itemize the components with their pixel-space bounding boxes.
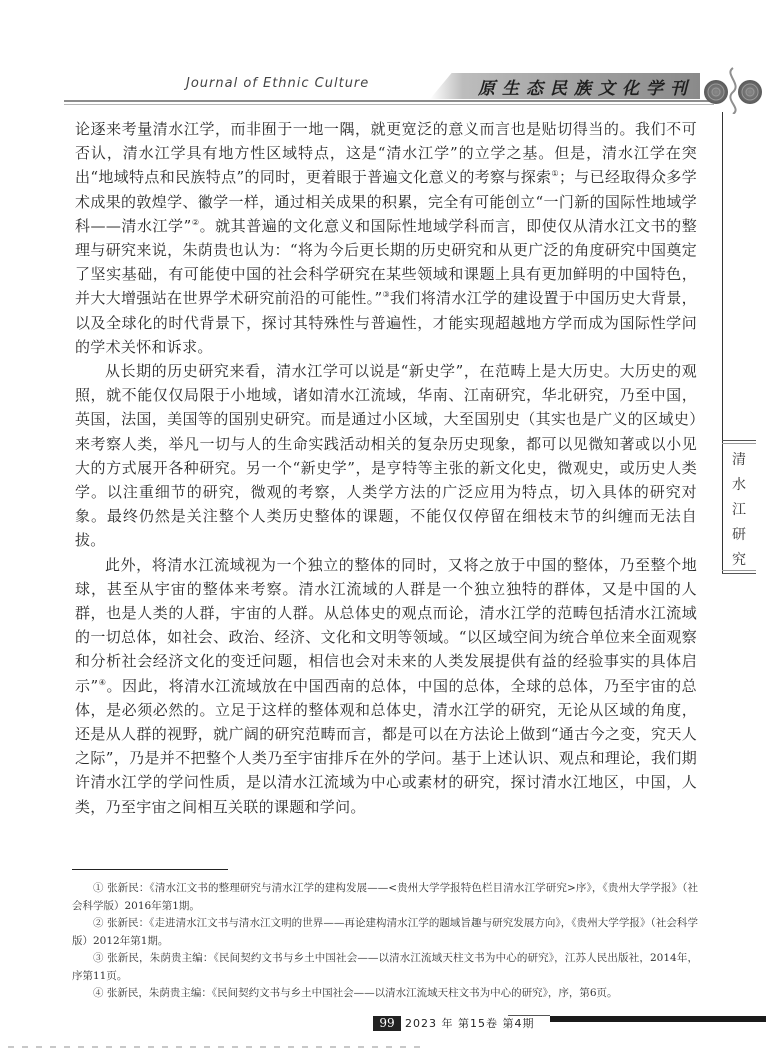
copyright-strip: [8, 1046, 428, 1048]
footnote-4: ④ 张新民，朱荫贵主编：《民间契约文书与乡土中国社会——以清水江流域天柱文书为中…: [72, 985, 698, 1003]
footnote-ref-1[interactable]: ①: [551, 169, 559, 178]
paragraph-1: 论逐来考量清水江学，而非囿于一地一隅，就更宽泛的意义而言也是贴切得当的。我们不可…: [75, 117, 697, 359]
footer-bar: [550, 1016, 766, 1022]
section-label-char: 清: [722, 448, 756, 473]
article-body: 论逐来考量清水江学，而非囿于一地一隅，就更宽泛的意义而言也是贴切得当的。我们不可…: [75, 117, 697, 819]
section-label: 清水江研究: [722, 448, 756, 573]
paragraph-2: 从长期的历史研究来看，清水江学可以说是“新史学”，在范畴上是大历史。大历史的观照…: [75, 359, 697, 553]
footnotes: ① 张新民：《清水江文书的整理研究与清水江学的建构发展——<贵州大学学报特色栏目…: [72, 880, 698, 1003]
journal-title-english: Journal of Ethnic Culture: [186, 76, 369, 91]
footnote-ref-2[interactable]: ②: [192, 218, 200, 227]
section-label-char: 水: [722, 473, 756, 498]
paragraph-3: 此外，将清水江流域视为一个独立的整体的同时，又将之放于中国的整体，乃至整个地球，…: [75, 553, 697, 819]
section-box-rule: [722, 443, 756, 444]
page-number: 99: [373, 1016, 401, 1031]
double-spiral-knot-icon: [700, 66, 766, 114]
footnote-2: ② 张新民：《走进清水江文书与清水江文明的世界——再论建构清水江学的题域旨趣与研…: [72, 915, 698, 950]
section-box-rule: [722, 573, 756, 574]
section-label-char: 江: [722, 498, 756, 523]
header-rule-thin: [64, 104, 714, 105]
footnote-separator: [72, 869, 228, 870]
footnote-3: ③ 张新民，朱荫贵主编：《民间契约文书与乡土中国社会——以清水江流域天柱文书为中…: [72, 950, 698, 985]
section-label-char: 研: [722, 523, 756, 548]
footnote-1: ① 张新民：《清水江文书的整理研究与清水江学的建构发展——<贵州大学学报特色栏目…: [72, 880, 698, 915]
paragraph-text: 。因此，将清水江流域放在中国西南的总体，中国的总体，全球的总体，乃至宇宙的总体，…: [75, 677, 697, 816]
footnote-ref-3[interactable]: ③: [382, 290, 390, 299]
section-box-rule: [722, 570, 756, 571]
header-rule: [64, 100, 714, 102]
section-label-box: 清水江研究: [722, 440, 756, 574]
issue-info: 2023 年 第15卷 第4期: [405, 1016, 534, 1031]
paragraph-text: 此外，将清水江流域视为一个独立的整体的同时，又将之放于中国的整体，乃至整个地球，…: [75, 556, 697, 695]
journal-title-chinese: 原生态民族文化学刊: [478, 74, 694, 99]
section-label-text: 清水江研究: [722, 448, 756, 573]
footer-rule-thin: [508, 1015, 550, 1016]
section-box-rule: [722, 440, 756, 441]
